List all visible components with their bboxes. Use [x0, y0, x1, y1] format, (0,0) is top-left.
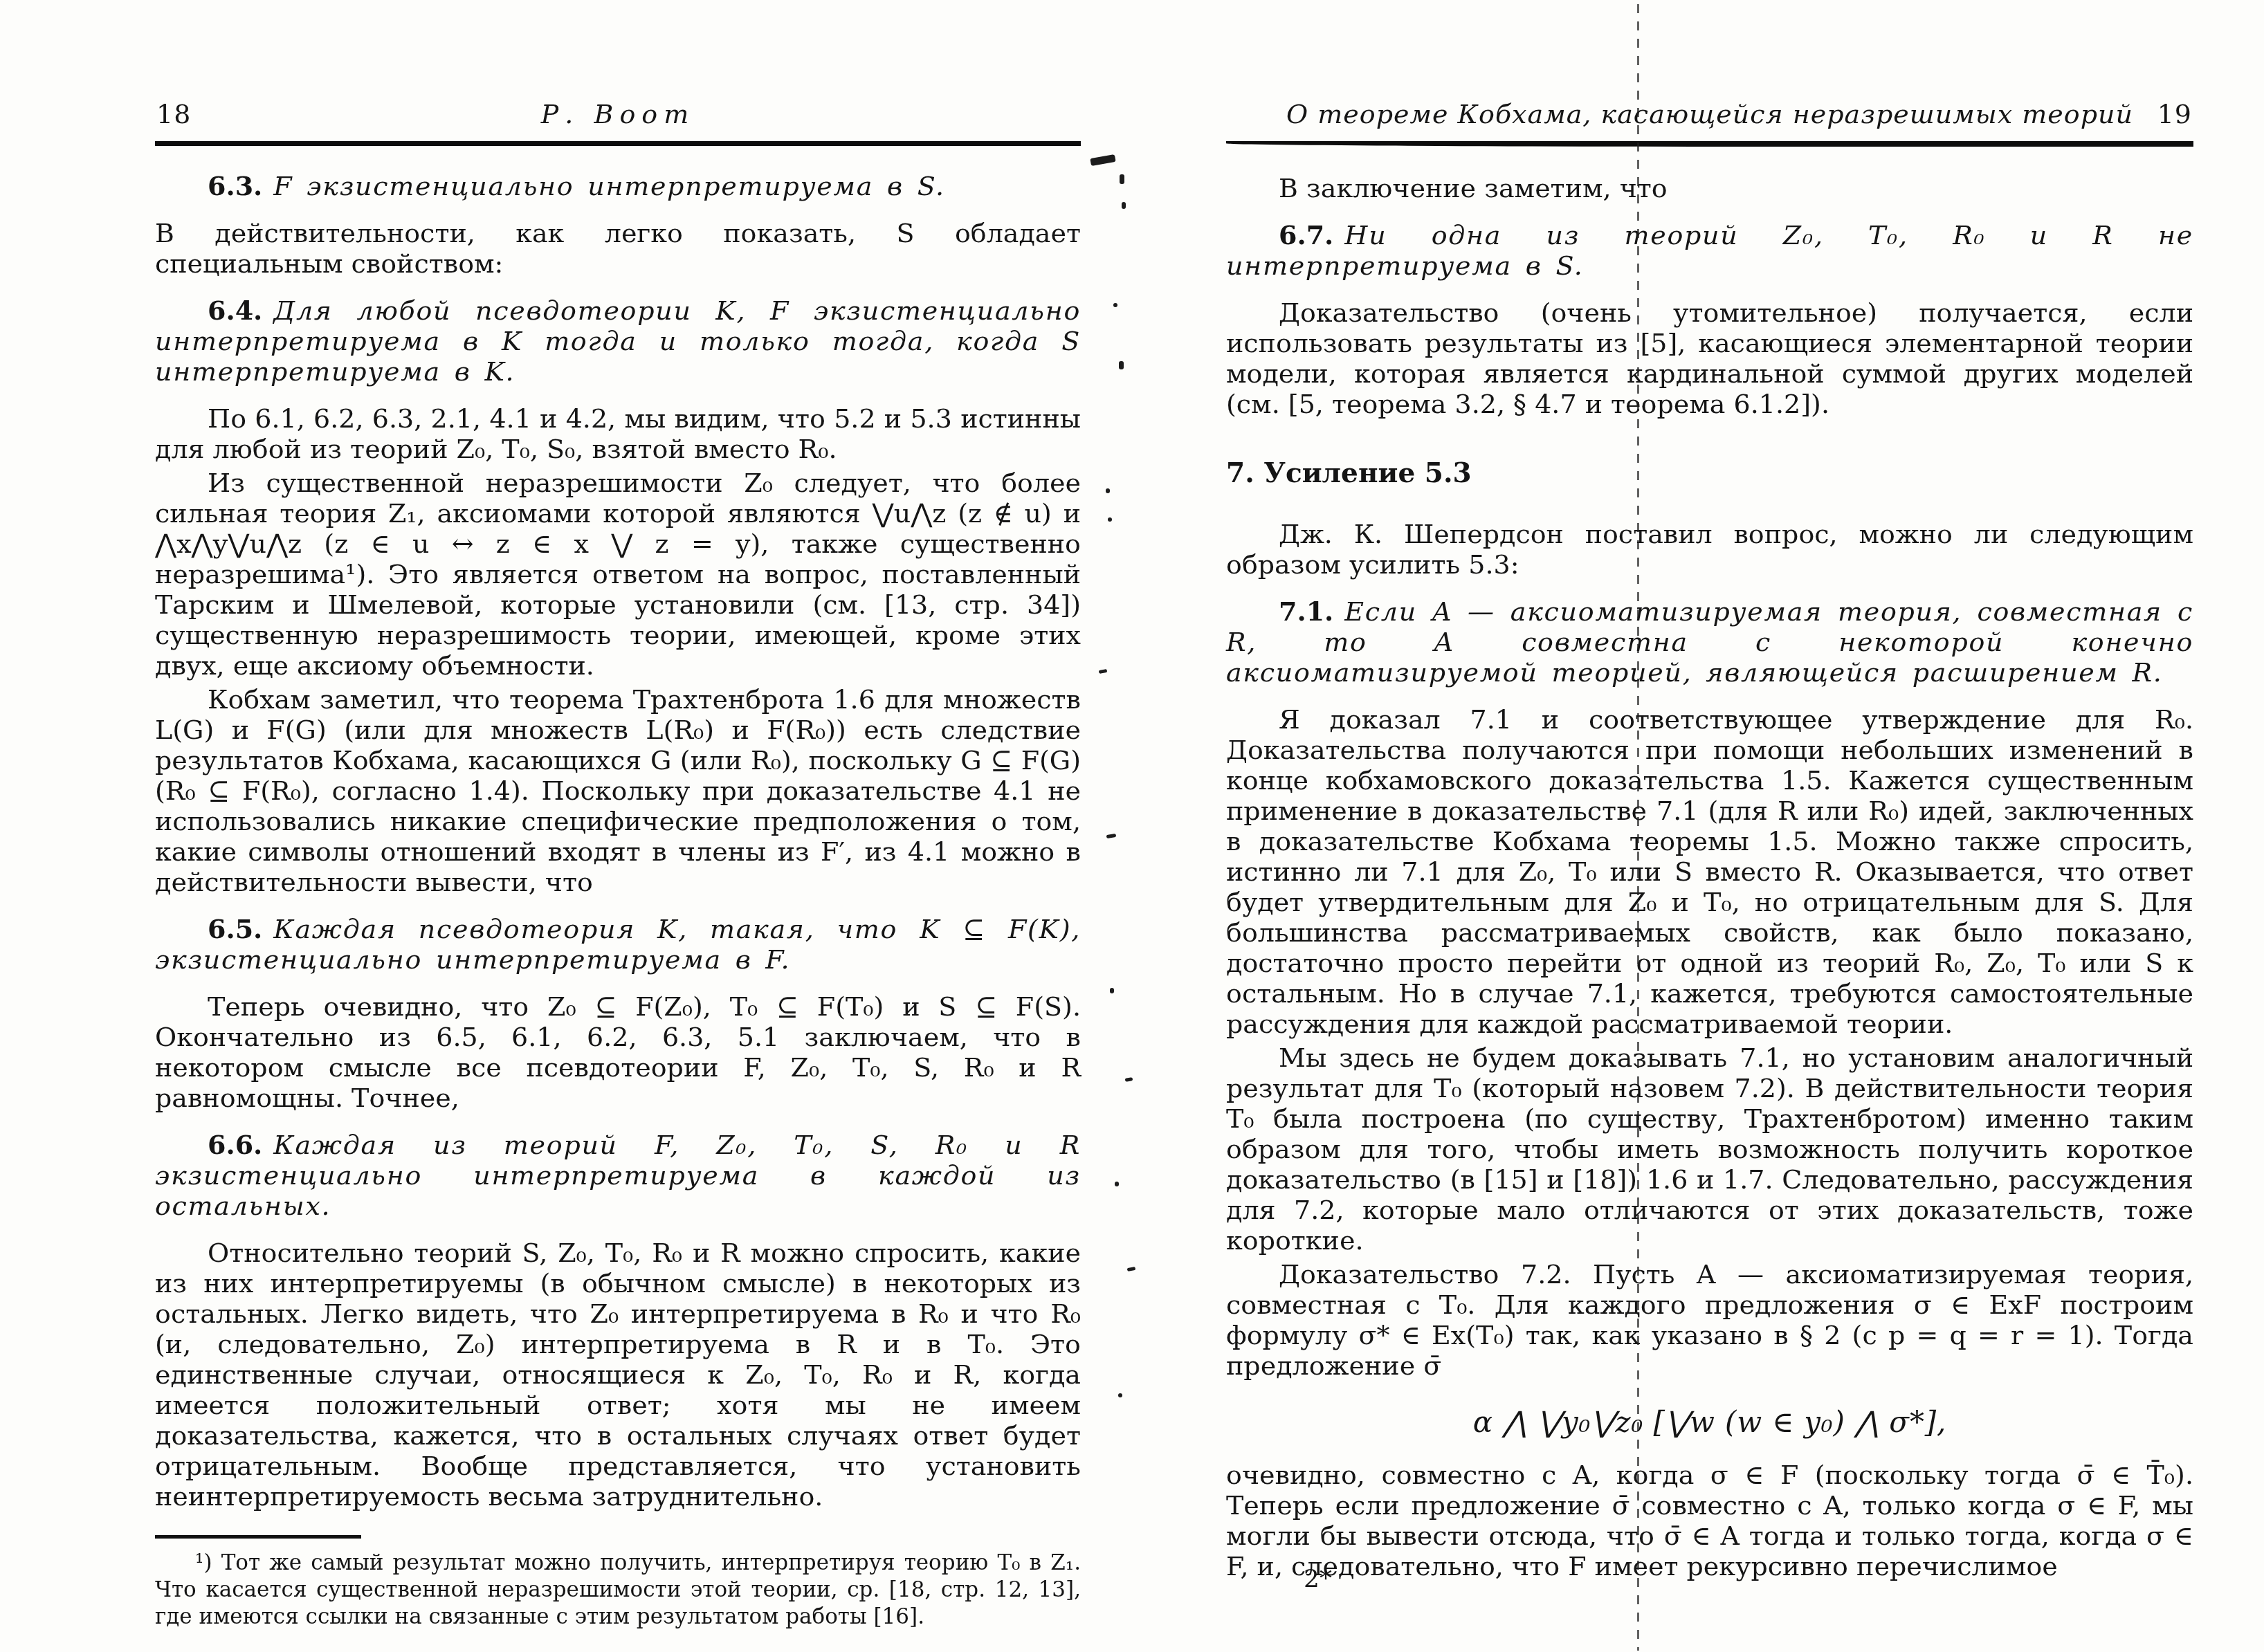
scan-speck: [1110, 988, 1114, 993]
running-title-right: О теореме Кобхама, касающейся неразрешим…: [1226, 97, 2193, 131]
page-number-right: 19: [2157, 97, 2192, 131]
theorem-6-7-text: Ни одна из теорий Z₀, T₀, R₀ и R не инте…: [1226, 220, 2193, 281]
page-left: 18 Р. Воот 6.3.F экзистенциально интерпр…: [155, 0, 1081, 1652]
paragraph-proved: Я доказал 7.1 и соответствующее утвержде…: [1226, 704, 2193, 1039]
theorem-6-5: 6.5.Каждая псевдотеория K, такая, что K …: [155, 914, 1081, 975]
footnote-1: ¹) Тот же самый результат можно получить…: [155, 1550, 1081, 1631]
scan-speck: [1106, 488, 1110, 493]
page-header-right: О теореме Кобхама, касающейся неразрешим…: [1226, 97, 2193, 131]
scan-speck: [1127, 1267, 1136, 1272]
header-rule-right: [1226, 141, 2193, 147]
page-header-left: 18 Р. Воот: [155, 97, 1081, 131]
paragraph-proof-6-7: Доказательство (очень утомительное) полу…: [1226, 297, 2193, 419]
theorem-6-7: 6.7.Ни одна из теорий Z₀, T₀, R₀ и R не …: [1226, 220, 2193, 281]
page-body-left: 6.3.F экзистенциально интерпретируема в …: [155, 171, 1081, 1631]
theorem-6-7-label: 6.7.: [1279, 219, 1333, 250]
page-body-right: В заключение заметим, что 6.7.Ни одна из…: [1226, 173, 2193, 1581]
theorem-6-6: 6.6.Каждая из теорий F, Z₀, T₀, S, R₀ и …: [155, 1130, 1081, 1221]
paragraph-teper: Теперь очевидно, что Z₀ ⊆ F(Z₀), T₀ ⊆ F(…: [155, 991, 1081, 1113]
page-number-left: 18: [156, 97, 191, 131]
section-heading-7: 7. Усиление 5.3: [1226, 458, 2193, 488]
running-title-left: Р. Воот: [155, 97, 1081, 131]
scan-speck: [1118, 1393, 1122, 1397]
theorem-6-3-label: 6.3.: [208, 170, 262, 201]
theorem-6-4: 6.4.Для любой псевдотеории K, F экзистен…: [155, 295, 1081, 387]
scan-speck: [1122, 202, 1126, 209]
paragraph-iz: Из существенной неразрешимости Z₀ следуе…: [155, 468, 1081, 681]
paragraph-conclusion: В заключение заметим, что: [1226, 173, 2193, 203]
paragraph-kobham: Кобхам заметил, что теорема Трахтенброта…: [155, 684, 1081, 897]
paragraph-po: По 6.1, 6.2, 6.3, 2.1, 4.1 и 4.2, мы вид…: [155, 403, 1081, 464]
paragraph-proof-7-2: Доказательство 7.2. Пусть A — аксиоматиз…: [1226, 1259, 2193, 1381]
scan-speck: [1119, 361, 1124, 369]
paragraph-intro: В действительности, как легко показать, …: [155, 218, 1081, 279]
header-rule-left: [155, 141, 1081, 146]
scan-speck: [1099, 669, 1108, 674]
theorem-6-5-label: 6.5.: [208, 913, 262, 944]
paragraph-wewill: Мы здесь не будем доказывать 7.1, но уст…: [1226, 1043, 2193, 1256]
scan-speck: [1090, 154, 1115, 166]
theorem-7-1-label: 7.1.: [1279, 596, 1333, 627]
theorem-6-3-text: F экзистенциально интерпретируема в S.: [273, 171, 944, 201]
theorem-7-1: 7.1.Если A — аксиоматизируемая теория, с…: [1226, 596, 2193, 688]
theorem-6-4-label: 6.4.: [208, 295, 262, 326]
theorem-6-5-text: Каждая псевдотеория K, такая, что K ⊆ F(…: [155, 914, 1081, 975]
paragraph-obvious: очевидно, совместно с A, когда σ ∈ F (по…: [1226, 1460, 2193, 1581]
theorem-6-6-text: Каждая из теорий F, Z₀, T₀, S, R₀ и R эк…: [155, 1130, 1081, 1221]
scan-speck: [1125, 1077, 1133, 1082]
display-formula: α ⋀ ⋁y₀⋁z₀ [⋁w (w ∈ y₀) ⋀ σ*],: [1226, 1407, 2193, 1438]
footnote-block: ¹) Тот же самый результат можно получить…: [155, 1535, 1081, 1631]
book-spread: 18 Р. Воот 6.3.F экзистенциально интерпр…: [0, 0, 2264, 1652]
theorem-7-1-text: Если A — аксиоматизируемая теория, совме…: [1226, 596, 2193, 688]
scan-speck: [1115, 1182, 1119, 1186]
footnote-rule: [155, 1535, 361, 1539]
printer-signature-mark: 2*: [1304, 1565, 1332, 1593]
page-right: О теореме Кобхама, касающейся неразрешим…: [1226, 0, 2193, 1652]
paragraph-shepherdson: Дж. К. Шепердсон поставил вопрос, можно …: [1226, 519, 2193, 580]
scan-speck: [1113, 303, 1117, 307]
theorem-6-6-label: 6.6.: [208, 1129, 262, 1160]
scan-speck: [1120, 174, 1124, 184]
paragraph-otnositelno: Относительно теорий S, Z₀, T₀, R₀ и R мо…: [155, 1238, 1081, 1512]
fold-crease-line: [1637, 4, 1639, 1651]
scan-speck: [1108, 517, 1112, 522]
scan-speck: [1106, 834, 1117, 838]
theorem-6-3: 6.3.F экзистенциально интерпретируема в …: [155, 171, 1081, 201]
theorem-6-4-text: Для любой псевдотеории K, F экзистенциал…: [155, 295, 1081, 387]
